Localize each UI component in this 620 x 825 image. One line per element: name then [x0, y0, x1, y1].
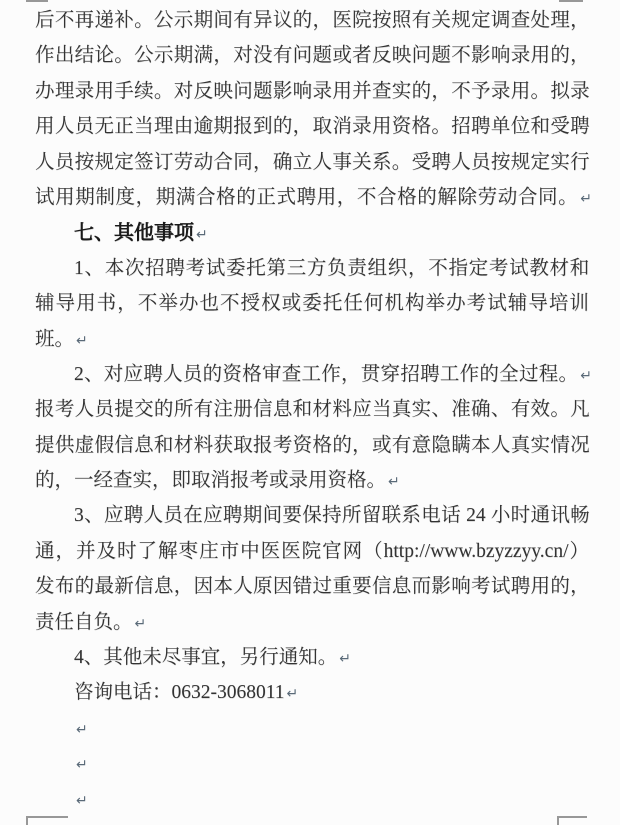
crop-mark-top-left — [26, 0, 48, 2]
line-text: 辅导用书，不举办也不授权或委托任何机构举办考试辅导培训 — [35, 293, 590, 314]
item2-line-4: 的，一经查实，即取消报考或录用资格。↵ — [35, 463, 592, 498]
item2-line-1: 2、对应聘人员的资格审查工作，贯穿招聘工作的全过程。↵ — [35, 357, 592, 392]
doc-line-05: 人员按规定签订劳动合同，确立人事关系。受聘人员按规定实行 — [35, 145, 592, 180]
crop-mark-bottom-right — [557, 816, 587, 825]
pilcrow-mark: ↵ — [135, 607, 147, 642]
empty-line-2: ↵ — [35, 746, 592, 781]
document-page: 后不再递补。公示期间有异议的，医院按照有关规定调查处理， 作出结论。公示期满，对… — [0, 0, 620, 825]
line-text: 人员按规定签订劳动合同，确立人事关系。受聘人员按规定实行 — [35, 152, 590, 173]
pilcrow-mark: ↵ — [580, 182, 592, 217]
doc-line-06: 试用期制度，期满合格的正式聘用，不合格的解除劳动合同。↵ — [35, 180, 592, 215]
line-text: 发布的最新信息，因本人原因错过重要信息而影响考试聘用的， — [35, 576, 590, 597]
doc-line-03: 办理录用手续。对反映问题影响录用并查实的，不予录用。拟录 — [35, 74, 592, 109]
line-text: 4、其他未尽事宜，另行通知。 — [74, 647, 337, 668]
line-text: 提供虚假信息和材料获取报考资格的，或有意隐瞒本人真实情况 — [35, 435, 590, 456]
line-text: 报考人员提交的所有注册信息和材料应当真实、准确、有效。凡 — [35, 399, 590, 420]
pilcrow-mark: ↵ — [388, 465, 400, 500]
doc-line-01: 后不再递补。公示期间有异议的，医院按照有关规定调查处理， — [35, 3, 592, 38]
item1-line-2: 辅导用书，不举办也不授权或委托任何机构举办考试辅导培训 — [35, 286, 592, 321]
section-heading-other-matters: 七、其他事项↵ — [35, 215, 592, 250]
line-text: 用人员无正当理由逾期报到的，取消录用资格。招聘单位和受聘 — [35, 116, 590, 137]
doc-line-02: 作出结论。公示期满，对没有问题或者反映问题不影响录用的， — [35, 38, 592, 73]
line-text: 责任自负。 — [35, 612, 133, 633]
line-text: 2、对应聘人员的资格审查工作，贯穿招聘工作的全过程。 — [74, 364, 578, 385]
line-text: 试用期制度，期满合格的正式聘用，不合格的解除劳动合同。 — [35, 187, 578, 208]
item3-line-3: 发布的最新信息，因本人原因错过重要信息而影响考试聘用的， — [35, 569, 592, 604]
line-text: 的，一经查实，即取消报考或录用资格。 — [35, 470, 386, 491]
crop-mark-top-right — [559, 0, 583, 2]
item1-line-1: 1、本次招聘考试委托第三方负责组织，不指定考试教材和 — [35, 251, 592, 286]
item4-line: 4、其他未尽事宜，另行通知。↵ — [35, 640, 592, 675]
line-text: 1、本次招聘考试委托第三方负责组织，不指定考试教材和 — [74, 258, 590, 279]
pilcrow-mark: ↵ — [76, 784, 88, 819]
item3-line-4: 责任自负。↵ — [35, 605, 592, 640]
heading-text: 七、其他事项 — [74, 220, 194, 244]
line-text: 通，并及时了解枣庄市中医医院官网（http://www.bzyzzyy.cn/） — [35, 541, 590, 562]
empty-line-3: ↵ — [35, 782, 592, 817]
item1-line-3: 班。↵ — [35, 322, 592, 357]
item3-line-1: 3、应聘人员在应聘期间要保持所留联系电话 24 小时通讯畅 — [35, 498, 592, 533]
consult-phone-line: 咨询电话：0632-3068011↵ — [35, 675, 592, 710]
line-text: 班。 — [35, 329, 74, 350]
item2-line-3: 提供虚假信息和材料获取报考资格的，或有意隐瞒本人真实情况 — [35, 428, 592, 463]
pilcrow-mark: ↵ — [287, 677, 299, 712]
phone-text: 咨询电话：0632-3068011 — [74, 682, 285, 703]
line-text: 作出结论。公示期满，对没有问题或者反映问题不影响录用的， — [35, 45, 590, 66]
pilcrow-mark: ↵ — [76, 748, 88, 783]
doc-line-04: 用人员无正当理由逾期报到的，取消录用资格。招聘单位和受聘 — [35, 109, 592, 144]
pilcrow-mark: ↵ — [580, 359, 592, 394]
item2-line-2: 报考人员提交的所有注册信息和材料应当真实、准确、有效。凡 — [35, 392, 592, 427]
crop-mark-bottom-left — [26, 816, 68, 825]
item3-line-2-with-url: 通，并及时了解枣庄市中医医院官网（http://www.bzyzzyy.cn/） — [35, 534, 592, 569]
pilcrow-mark: ↵ — [339, 642, 351, 677]
document-text-area: 后不再递补。公示期间有异议的，医院按照有关规定调查处理， 作出结论。公示期满，对… — [35, 3, 592, 817]
empty-line-1: ↵ — [35, 711, 592, 746]
pilcrow-mark: ↵ — [76, 324, 88, 359]
line-text: 办理录用手续。对反映问题影响录用并查实的，不予录用。拟录 — [35, 81, 590, 102]
pilcrow-mark: ↵ — [196, 218, 208, 253]
line-text: 3、应聘人员在应聘期间要保持所留联系电话 24 小时通讯畅 — [74, 505, 590, 526]
pilcrow-mark: ↵ — [76, 713, 88, 748]
line-text: 后不再递补。公示期间有异议的，医院按照有关规定调查处理， — [35, 10, 590, 31]
